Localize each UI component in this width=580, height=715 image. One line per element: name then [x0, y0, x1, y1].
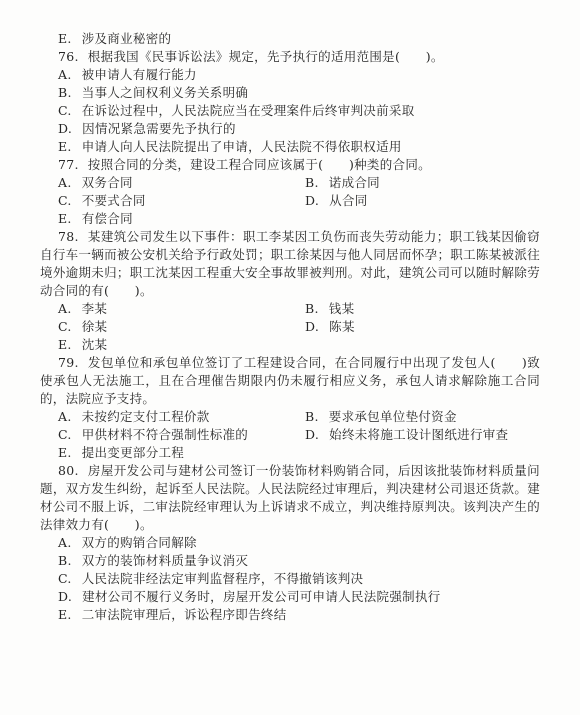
- option-list: A.被申请人有履行能力B.当事人之间权利义务关系明确C.在诉讼过程中，人民法院应…: [40, 66, 540, 156]
- question-stem-text: 按照合同的分类，建设工程合同应该属于( )种类的合同。: [88, 157, 431, 172]
- option-text: 双务合同: [82, 174, 287, 192]
- question-stem-text: 某建筑公司发生以下事件：职工李某因工负伤而丧失劳动能力；职工钱某因偷窃自行车一辆…: [40, 229, 540, 298]
- option-text: 徐某: [82, 318, 287, 336]
- option-letter: E.: [58, 30, 72, 48]
- option-text: 不要式合同: [82, 192, 287, 210]
- option-letter: D.: [305, 426, 319, 444]
- option-text: 李某: [82, 300, 287, 318]
- option-letter: B.: [305, 174, 319, 192]
- option-letter: C.: [58, 192, 72, 210]
- option-letter: A.: [58, 300, 72, 318]
- option-text: 未按约定支付工程价款: [82, 408, 287, 426]
- option-list: A.李某B.钱某C.徐某D.陈某E.沈某: [40, 300, 540, 354]
- option-row: C.甲供材料不符合强制性标准的: [40, 426, 287, 444]
- option-letter: B.: [305, 408, 319, 426]
- option-row: B.双方的装饰材料质量争议消灭: [40, 552, 540, 570]
- option-letter: D.: [58, 120, 72, 138]
- question-stem: 80.房屋开发公司与建材公司签订一份装饰材料购销合同，后因该批装饰材料质量问题，…: [40, 462, 540, 534]
- option-row: B.钱某: [287, 300, 540, 318]
- option-letter: E.: [58, 138, 72, 156]
- option-text: 申请人向人民法院提出了申请，人民法院不得依职权适用: [82, 138, 540, 156]
- option-text: 从合同: [329, 192, 540, 210]
- question-stem: 77.按照合同的分类，建设工程合同应该属于( )种类的合同。: [40, 156, 540, 174]
- option-row: E.提出变更部分工程: [40, 444, 287, 462]
- option-letter: B.: [58, 552, 72, 570]
- option-letter: B.: [305, 300, 319, 318]
- option-text: 始终未将施工设计图纸进行审查: [329, 426, 540, 444]
- option-letter: A.: [58, 66, 72, 84]
- option-letter: C.: [58, 426, 72, 444]
- option-letter: E.: [58, 606, 72, 624]
- option-text: 在诉讼过程中，人民法院应当在受理案件后终审判决前采取: [82, 102, 540, 120]
- question-number: 80.: [58, 463, 79, 478]
- option-text: 当事人之间权利义务关系明确: [82, 84, 540, 102]
- question-number: 79.: [58, 355, 79, 370]
- question-stem: 78.某建筑公司发生以下事件：职工李某因工负伤而丧失劳动能力；职工钱某因偷窃自行…: [40, 228, 540, 300]
- option-text: 提出变更部分工程: [82, 444, 287, 462]
- option-row: E.沈某: [40, 336, 287, 354]
- option-text: 建材公司不履行义务时，房屋开发公司可申请人民法院强制执行: [82, 588, 540, 606]
- option-row: D.因情况紧急需要先予执行的: [40, 120, 540, 138]
- option-letter: C.: [58, 318, 72, 336]
- option-text: 双方的购销合同解除: [82, 534, 540, 552]
- option-row: A.李某: [40, 300, 287, 318]
- option-letter: A.: [58, 534, 72, 552]
- question-76: 76.根据我国《民事诉讼法》规定，先予执行的适用范围是( )。A.被申请人有履行…: [40, 48, 540, 156]
- pre-question-option-row: E.涉及商业秘密的: [40, 30, 540, 48]
- option-text: 诺成合同: [329, 174, 540, 192]
- question-stem-text: 发包单位和承包单位签订了工程建设合同，在合同履行中出现了发包人( )致使承包人无…: [40, 355, 540, 406]
- question-stem-text: 根据我国《民事诉讼法》规定，先予执行的适用范围是( )。: [88, 49, 444, 64]
- question-number: 77.: [58, 157, 79, 172]
- option-row: A.双方的购销合同解除: [40, 534, 540, 552]
- option-text: 有偿合同: [82, 210, 287, 228]
- option-text: 陈某: [329, 318, 540, 336]
- option-row: E.二审法院审理后，诉讼程序即告终结: [40, 606, 540, 624]
- question-number: 78.: [58, 229, 79, 244]
- option-text: 人民法院非经法定审判监督程序，不得撤销该判决: [82, 570, 540, 588]
- option-letter: C.: [58, 570, 72, 588]
- option-letter: C.: [58, 102, 72, 120]
- option-list: A.双方的购销合同解除B.双方的装饰材料质量争议消灭C.人民法院非经法定审判监督…: [40, 534, 540, 624]
- option-letter: A.: [58, 174, 72, 192]
- option-text: 涉及商业秘密的: [82, 30, 540, 48]
- question-80: 80.房屋开发公司与建材公司签订一份装饰材料购销合同，后因该批装饰材料质量问题，…: [40, 462, 540, 624]
- option-row: B.诺成合同: [287, 174, 540, 192]
- question-stem: 79.发包单位和承包单位签订了工程建设合同，在合同履行中出现了发包人( )致使承…: [40, 354, 540, 408]
- option-list: A.未按约定支付工程价款B.要求承包单位垫付资金C.甲供材料不符合强制性标准的D…: [40, 408, 540, 462]
- option-text: 被申请人有履行能力: [82, 66, 540, 84]
- option-row: C.不要式合同: [40, 192, 287, 210]
- option-list: A.双务合同B.诺成合同C.不要式合同D.从合同E.有偿合同: [40, 174, 540, 228]
- option-row: A.未按约定支付工程价款: [40, 408, 287, 426]
- option-row: B.当事人之间权利义务关系明确: [40, 84, 540, 102]
- option-letter: D.: [305, 192, 319, 210]
- question-78: 78.某建筑公司发生以下事件：职工李某因工负伤而丧失劳动能力；职工钱某因偷窃自行…: [40, 228, 540, 354]
- option-letter: A.: [58, 408, 72, 426]
- option-row: D.从合同: [287, 192, 540, 210]
- option-row: C.人民法院非经法定审判监督程序，不得撤销该判决: [40, 570, 540, 588]
- option-text: 双方的装饰材料质量争议消灭: [82, 552, 540, 570]
- question-stem-text: 房屋开发公司与建材公司签订一份装饰材料购销合同，后因该批装饰材料质量问题，双方发…: [40, 463, 540, 532]
- option-row: D.陈某: [287, 318, 540, 336]
- option-text: 甲供材料不符合强制性标准的: [82, 426, 287, 444]
- option-row: E.有偿合同: [40, 210, 287, 228]
- option-text: 二审法院审理后，诉讼程序即告终结: [82, 606, 540, 624]
- option-text: 钱某: [329, 300, 540, 318]
- option-letter: E.: [58, 210, 72, 228]
- question-number: 76.: [58, 49, 79, 64]
- option-row: C.在诉讼过程中，人民法院应当在受理案件后终审判决前采取: [40, 102, 540, 120]
- question-79: 79.发包单位和承包单位签订了工程建设合同，在合同履行中出现了发包人( )致使承…: [40, 354, 540, 462]
- option-text: 因情况紧急需要先予执行的: [82, 120, 540, 138]
- option-row: A.双务合同: [40, 174, 287, 192]
- option-row: B.要求承包单位垫付资金: [287, 408, 540, 426]
- option-row: D.建材公司不履行义务时，房屋开发公司可申请人民法院强制执行: [40, 588, 540, 606]
- exam-paper-page: E.涉及商业秘密的76.根据我国《民事诉讼法》规定，先予执行的适用范围是( )。…: [0, 0, 580, 715]
- option-row: E.申请人向人民法院提出了申请，人民法院不得依职权适用: [40, 138, 540, 156]
- question-stem: 76.根据我国《民事诉讼法》规定，先予执行的适用范围是( )。: [40, 48, 540, 66]
- option-row: A.被申请人有履行能力: [40, 66, 540, 84]
- question-77: 77.按照合同的分类，建设工程合同应该属于( )种类的合同。A.双务合同B.诺成…: [40, 156, 540, 228]
- option-row: C.徐某: [40, 318, 287, 336]
- option-letter: E.: [58, 336, 72, 354]
- page-content: E.涉及商业秘密的76.根据我国《民事诉讼法》规定，先予执行的适用范围是( )。…: [0, 0, 580, 624]
- option-row: D.始终未将施工设计图纸进行审查: [287, 426, 540, 444]
- option-letter: D.: [305, 318, 319, 336]
- option-text: 沈某: [82, 336, 287, 354]
- option-letter: B.: [58, 84, 72, 102]
- option-text: 要求承包单位垫付资金: [329, 408, 540, 426]
- option-letter: E.: [58, 444, 72, 462]
- option-letter: D.: [58, 588, 72, 606]
